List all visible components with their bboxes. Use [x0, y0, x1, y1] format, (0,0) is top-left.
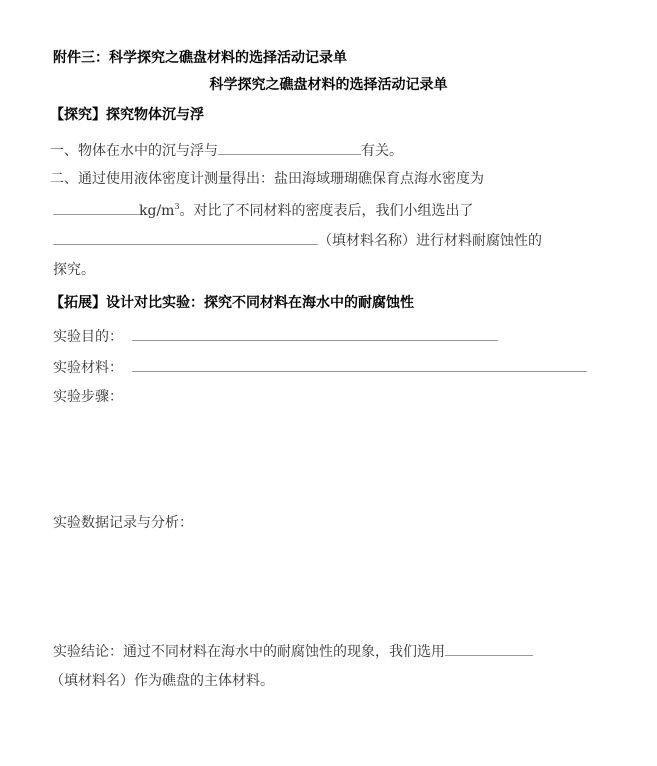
section-explore-heading: 【探究】探究物体沉与浮 [50, 105, 204, 125]
materials-row: 实验材料： [53, 356, 587, 378]
density-unit-superscript: 3 [174, 202, 179, 211]
conclusion-text: 实验结论：通过不同材料在海水中的耐腐蚀性的现象，我们选用 [53, 644, 445, 660]
density-unit: kg/m [139, 203, 174, 219]
materials-blank[interactable] [132, 356, 587, 372]
data-analysis-label: 实验数据记录与分析： [53, 513, 193, 533]
steps-label: 实验步骤： [53, 387, 123, 407]
item1-suffix: 有关。 [361, 143, 403, 159]
section-extend-heading: 【拓展】设计对比实验：探究不同材料在海水中的耐腐蚀性 [50, 293, 414, 313]
item2-line3-text: （填材料名称）进行材料耐腐蚀性的 [318, 233, 542, 249]
conclusion-line2: （填材料名）作为礁盘的主体材料。 [50, 671, 274, 691]
item1-answer-blank[interactable] [218, 139, 361, 155]
materials-label: 实验材料： [53, 360, 123, 376]
explore-item-2-line3: （填材料名称）进行材料耐腐蚀性的 [53, 229, 542, 251]
explore-item-1: 一、物体在水中的沉与浮与有关。 [50, 139, 403, 161]
page-title: 科学探究之礁盘材料的选择活动记录单 [0, 75, 657, 95]
conclusion-line1: 实验结论：通过不同材料在海水中的耐腐蚀性的现象，我们选用 [53, 640, 533, 662]
explore-item-2-line1: 二、通过使用液体密度计测量得出：盐田海域珊瑚礁保育点海水密度为 [50, 169, 484, 189]
material-name-blank[interactable] [53, 229, 318, 245]
purpose-blank[interactable] [132, 325, 498, 341]
explore-item-2-line4: 探究。 [53, 260, 95, 280]
purpose-label: 实验目的： [53, 329, 123, 345]
conclusion-material-blank[interactable] [445, 640, 533, 656]
item2-line2-text: 。对比了不同材料的密度表后，我们小组选出了 [180, 203, 474, 219]
worksheet-page: 附件三：科学探究之礁盘材料的选择活动记录单 科学探究之礁盘材料的选择活动记录单 … [0, 0, 657, 766]
explore-item-2-line2: kg/m3。对比了不同材料的密度表后，我们小组选出了 [53, 199, 474, 221]
attachment-heading: 附件三：科学探究之礁盘材料的选择活动记录单 [53, 48, 347, 68]
purpose-row: 实验目的： [53, 325, 498, 347]
item1-prefix: 一、物体在水中的沉与浮与 [50, 143, 218, 159]
seawater-density-blank[interactable] [53, 199, 139, 215]
